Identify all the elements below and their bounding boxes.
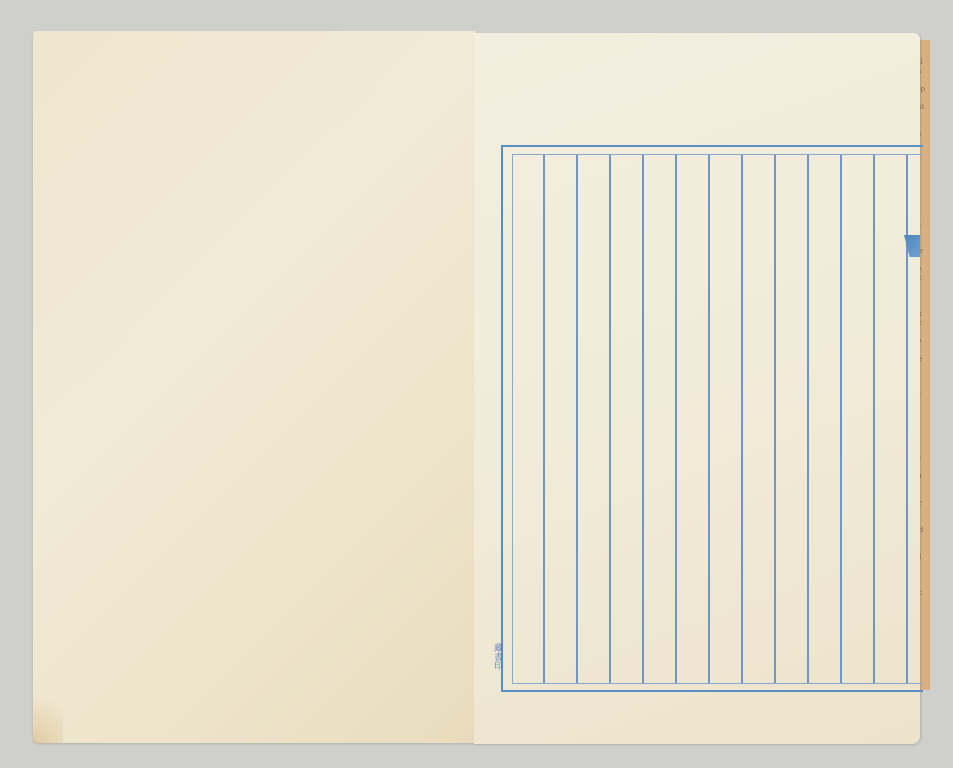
grid-line: [873, 155, 875, 683]
grid-line: [576, 155, 578, 683]
ruled-grid-inner: [512, 154, 923, 684]
grid-line: [807, 155, 809, 683]
grid-line: [708, 155, 710, 683]
grid-line: [741, 155, 743, 683]
grid-line: [906, 155, 908, 683]
grid-line: [840, 155, 842, 683]
grid-line: [609, 155, 611, 683]
grid-line: [774, 155, 776, 683]
grid-line: [642, 155, 644, 683]
grid-line: [543, 155, 545, 683]
right-page-ruled: 藏書印: [474, 33, 920, 744]
grid-line: [675, 155, 677, 683]
left-page-blank: [33, 31, 476, 743]
ruled-grid-frame: [501, 145, 923, 692]
seal-stamp: 藏書印: [488, 633, 502, 679]
